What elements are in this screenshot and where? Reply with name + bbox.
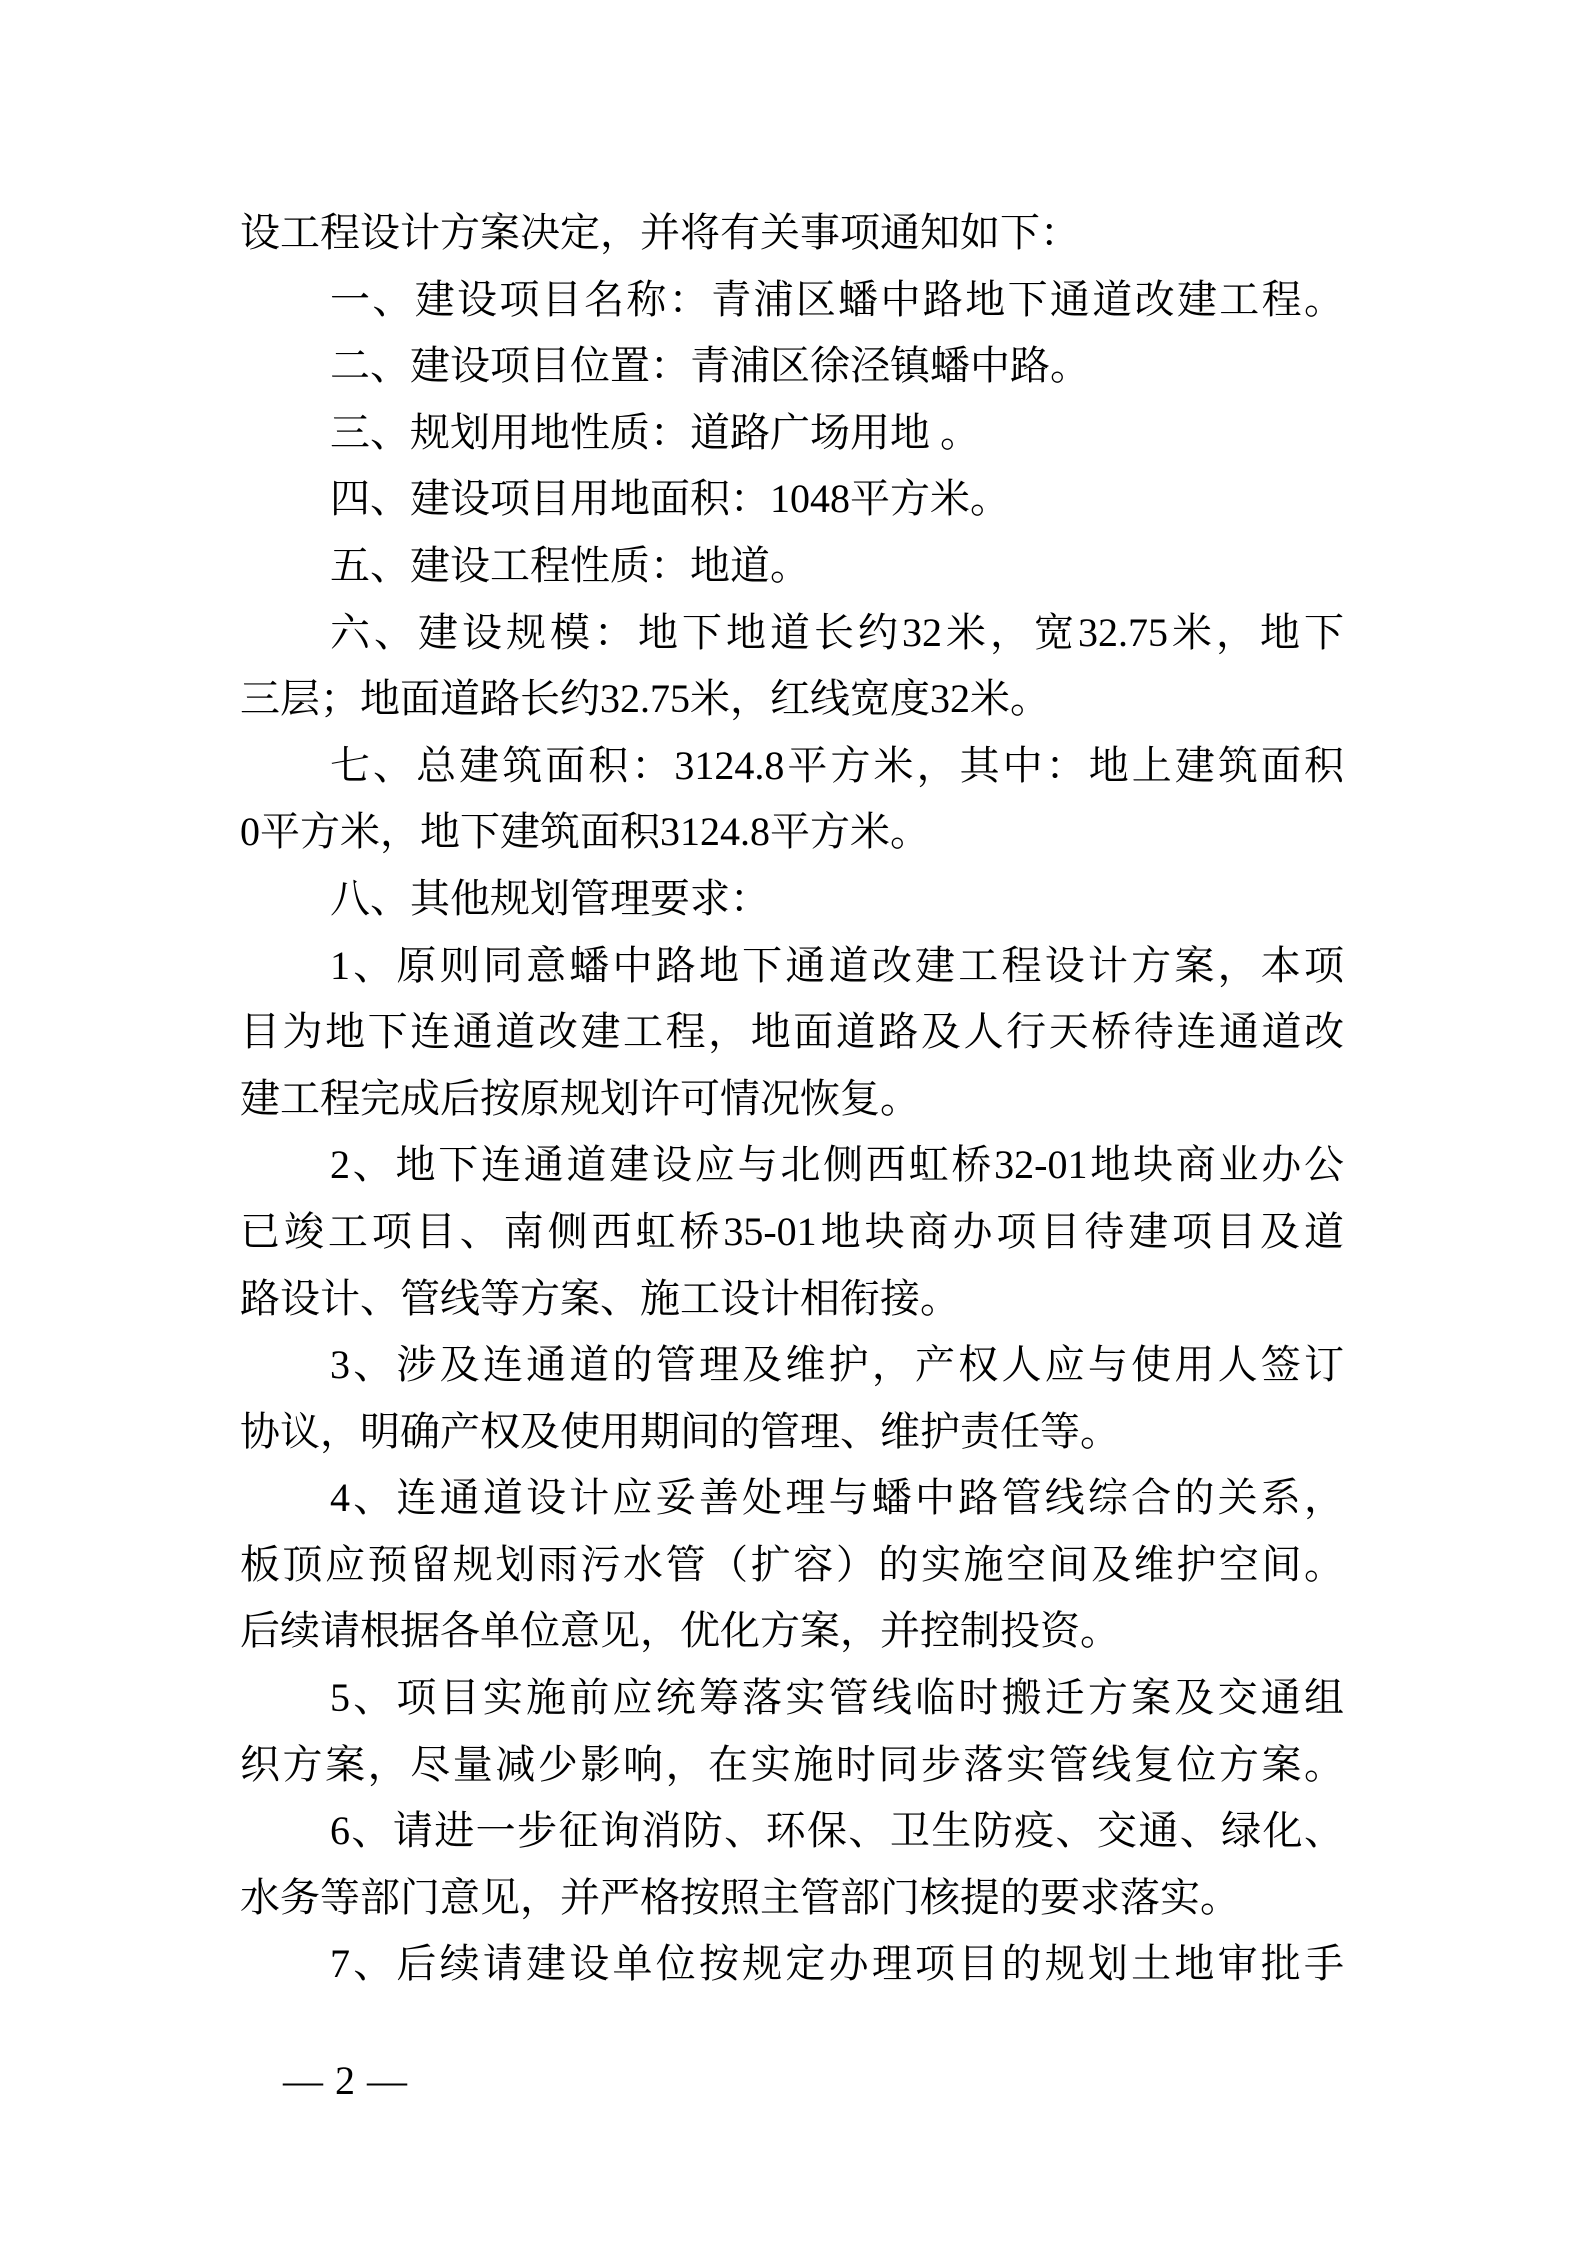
text-line: 二、建设项目位置：青浦区徐泾镇蟠中路。 [240, 333, 1344, 400]
text-line: 6、请进一步征询消防、环保、卫生防疫、交通、绿化、 [240, 1798, 1344, 1865]
document-body: 设工程设计方案决定，并将有关事项通知如下：一、建设项目名称：青浦区蟠中路地下通道… [240, 200, 1344, 1998]
text-line: 0平方米，地下建筑面积3124.8平方米。 [240, 799, 1344, 866]
text-line: 八、其他规划管理要求： [240, 866, 1344, 933]
text-line: 路设计、管线等方案、施工设计相衔接。 [240, 1266, 1344, 1333]
text-line: 水务等部门意见，并严格按照主管部门核提的要求落实。 [240, 1865, 1344, 1932]
text-line: 建工程完成后按原规划许可情况恢复。 [240, 1066, 1344, 1133]
text-line: 板顶应预留规划雨污水管（扩容）的实施空间及维护空间。 [240, 1532, 1344, 1599]
text-line: 5、项目实施前应统筹落实管线临时搬迁方案及交通组 [240, 1665, 1344, 1732]
document-page: 设工程设计方案决定，并将有关事项通知如下：一、建设项目名称：青浦区蟠中路地下通道… [0, 0, 1587, 2245]
text-line: 六、建设规模：地下地道长约32米，宽32.75米，地下 [240, 600, 1344, 667]
text-line: 三、规划用地性质：道路广场用地 。 [240, 400, 1344, 467]
text-line: 织方案，尽量减少影响，在实施时同步落实管线复位方案。 [240, 1732, 1344, 1799]
text-line: 设工程设计方案决定，并将有关事项通知如下： [240, 200, 1344, 267]
text-line: 3、涉及连通道的管理及维护，产权人应与使用人签订 [240, 1332, 1344, 1399]
text-line: 协议，明确产权及使用期间的管理、维护责任等。 [240, 1399, 1344, 1466]
text-line: 已竣工项目、南侧西虹桥35-01地块商办项目待建项目及道 [240, 1199, 1344, 1266]
text-line: 四、建设项目用地面积：1048平方米。 [240, 466, 1344, 533]
text-line: 七、总建筑面积：3124.8平方米，其中：地上建筑面积 [240, 733, 1344, 800]
page-number: — 2 — [283, 2053, 408, 2109]
text-line: 三层；地面道路长约32.75米，红线宽度32米。 [240, 666, 1344, 733]
text-line: 7、后续请建设单位按规定办理项目的规划土地审批手 [240, 1931, 1344, 1998]
text-line: 1、原则同意蟠中路地下通道改建工程设计方案，本项 [240, 933, 1344, 1000]
text-line: 一、建设项目名称：青浦区蟠中路地下通道改建工程。 [240, 267, 1344, 334]
text-line: 目为地下连通道改建工程，地面道路及人行天桥待连通道改 [240, 999, 1344, 1066]
text-line: 后续请根据各单位意见，优化方案，并控制投资。 [240, 1598, 1344, 1665]
text-line: 2、地下连通道建设应与北侧西虹桥32-01地块商业办公 [240, 1132, 1344, 1199]
text-line: 五、建设工程性质：地道。 [240, 533, 1344, 600]
text-line: 4、连通道设计应妥善处理与蟠中路管线综合的关系， [240, 1465, 1344, 1532]
